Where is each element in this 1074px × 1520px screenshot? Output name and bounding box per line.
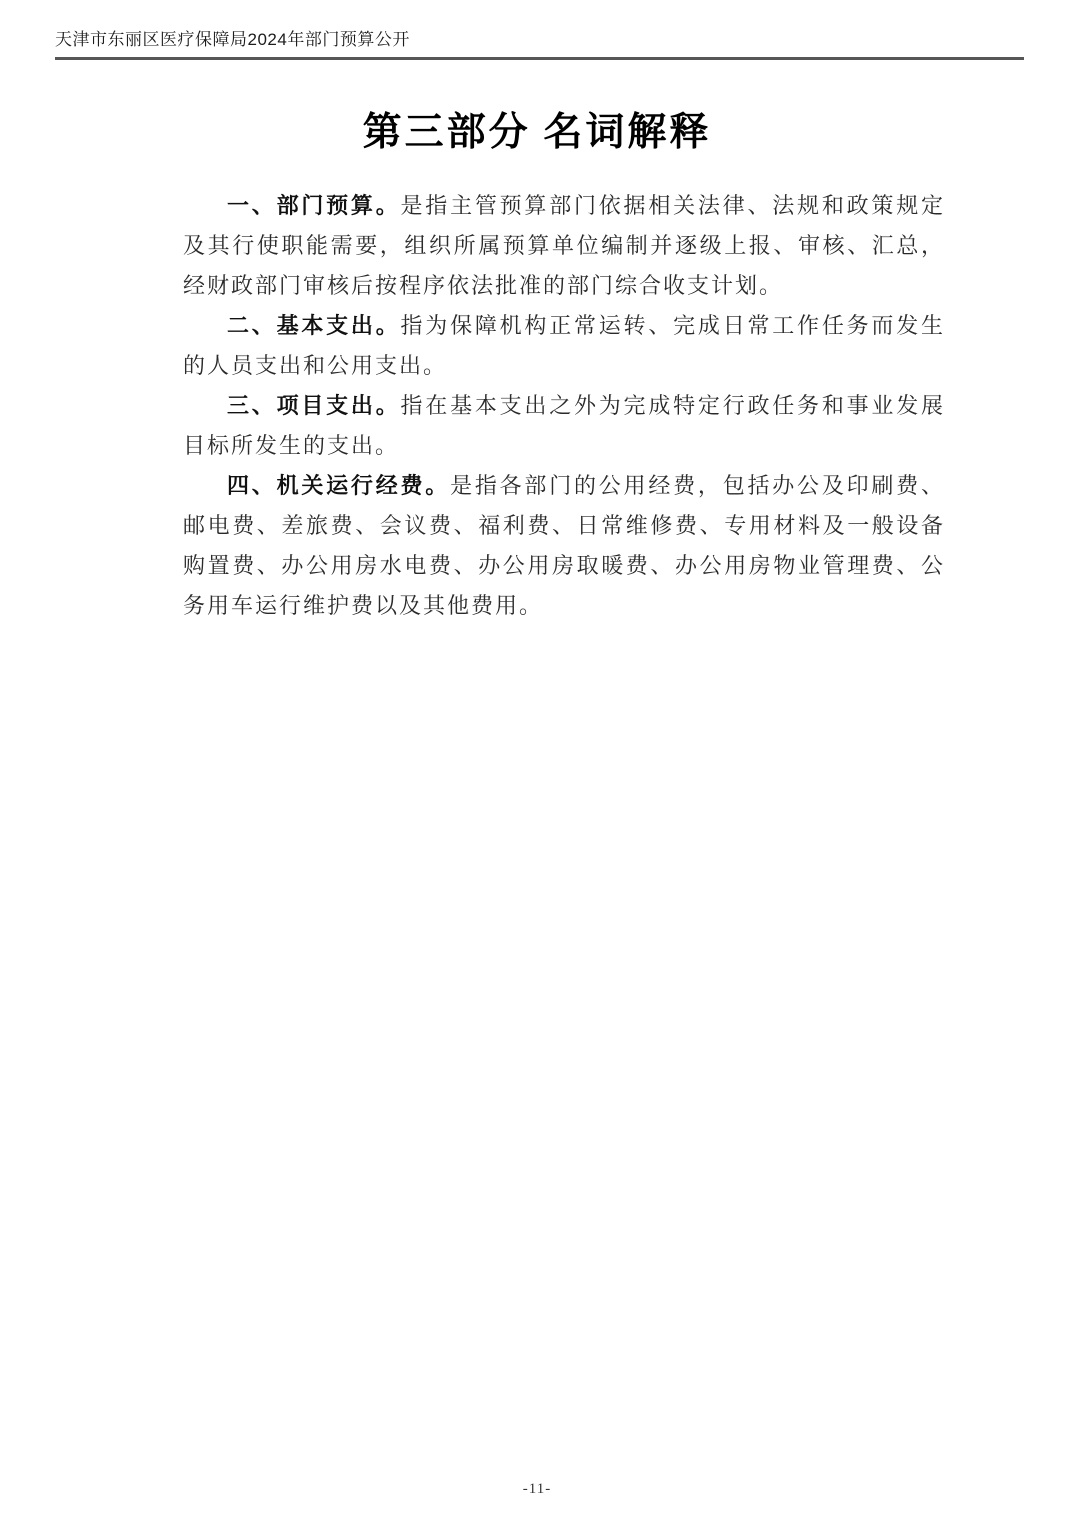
term-label-3: 三、项目支出。 [227,393,401,418]
page-title: 第三部分 名词解释 [0,110,1074,156]
paragraph-definition-3: 三、项目支出。指在基本支出之外为完成特定行政任务和事业发展目标所发生的支出。 [183,386,945,466]
page-number: -11- [0,1481,1074,1498]
term-label-1: 一、部门预算。 [227,193,401,218]
document-page: 天津市东丽区医疗保障局2024年部门预算公开 第三部分 名词解释 一、部门预算。… [0,0,1074,1520]
paragraph-definition-2: 二、基本支出。指为保障机构正常运转、完成日常工作任务而发生的人员支出和公用支出。 [183,306,945,386]
paragraph-definition-4: 四、机关运行经费。是指各部门的公用经费，包括办公及印刷费、邮电费、差旅费、会议费… [183,466,945,626]
header-title-text: 天津市东丽区医疗保障局2024年部门预算公开 [55,30,1024,50]
document-header: 天津市东丽区医疗保障局2024年部门预算公开 [55,30,1024,60]
paragraph-definition-1: 一、部门预算。是指主管预算部门依据相关法律、法规和政策规定及其行使职能需要，组织… [183,186,945,306]
header-divider [55,57,1024,60]
document-body: 一、部门预算。是指主管预算部门依据相关法律、法规和政策规定及其行使职能需要，组织… [183,186,945,626]
term-label-4: 四、机关运行经费。 [227,473,450,498]
term-label-2: 二、基本支出。 [227,313,401,338]
